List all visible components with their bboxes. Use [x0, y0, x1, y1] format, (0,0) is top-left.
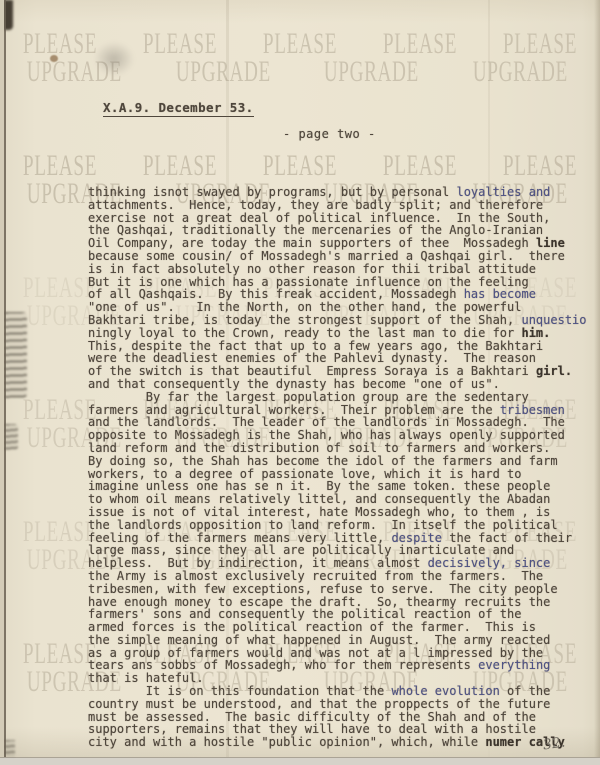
vertical-fold-line-2: [488, 0, 490, 757]
scanned-document-page: PLEASEPLEASEPLEASEPLEASEPLEASEUPGRADEUPG…: [0, 0, 600, 765]
handwritten-page-number: 32.: [542, 735, 566, 754]
right-edge-shadow: [594, 0, 600, 757]
page-label: - page two -: [283, 127, 376, 141]
brown-spot-stain: [50, 55, 58, 62]
typed-line: city and with a hostile "public opinion"…: [88, 736, 593, 749]
left-scan-edge-line: [4, 0, 6, 757]
body-text: thinking isnot swayed by programs, but b…: [88, 186, 593, 749]
header-date: X.A.9. December 53.: [103, 100, 254, 117]
paper-sheet: PLEASEPLEASEPLEASEPLEASEPLEASEUPGRADEUPG…: [0, 0, 600, 758]
vertical-fold-line: [226, 0, 229, 757]
gray-smudge-stain: [94, 42, 134, 76]
